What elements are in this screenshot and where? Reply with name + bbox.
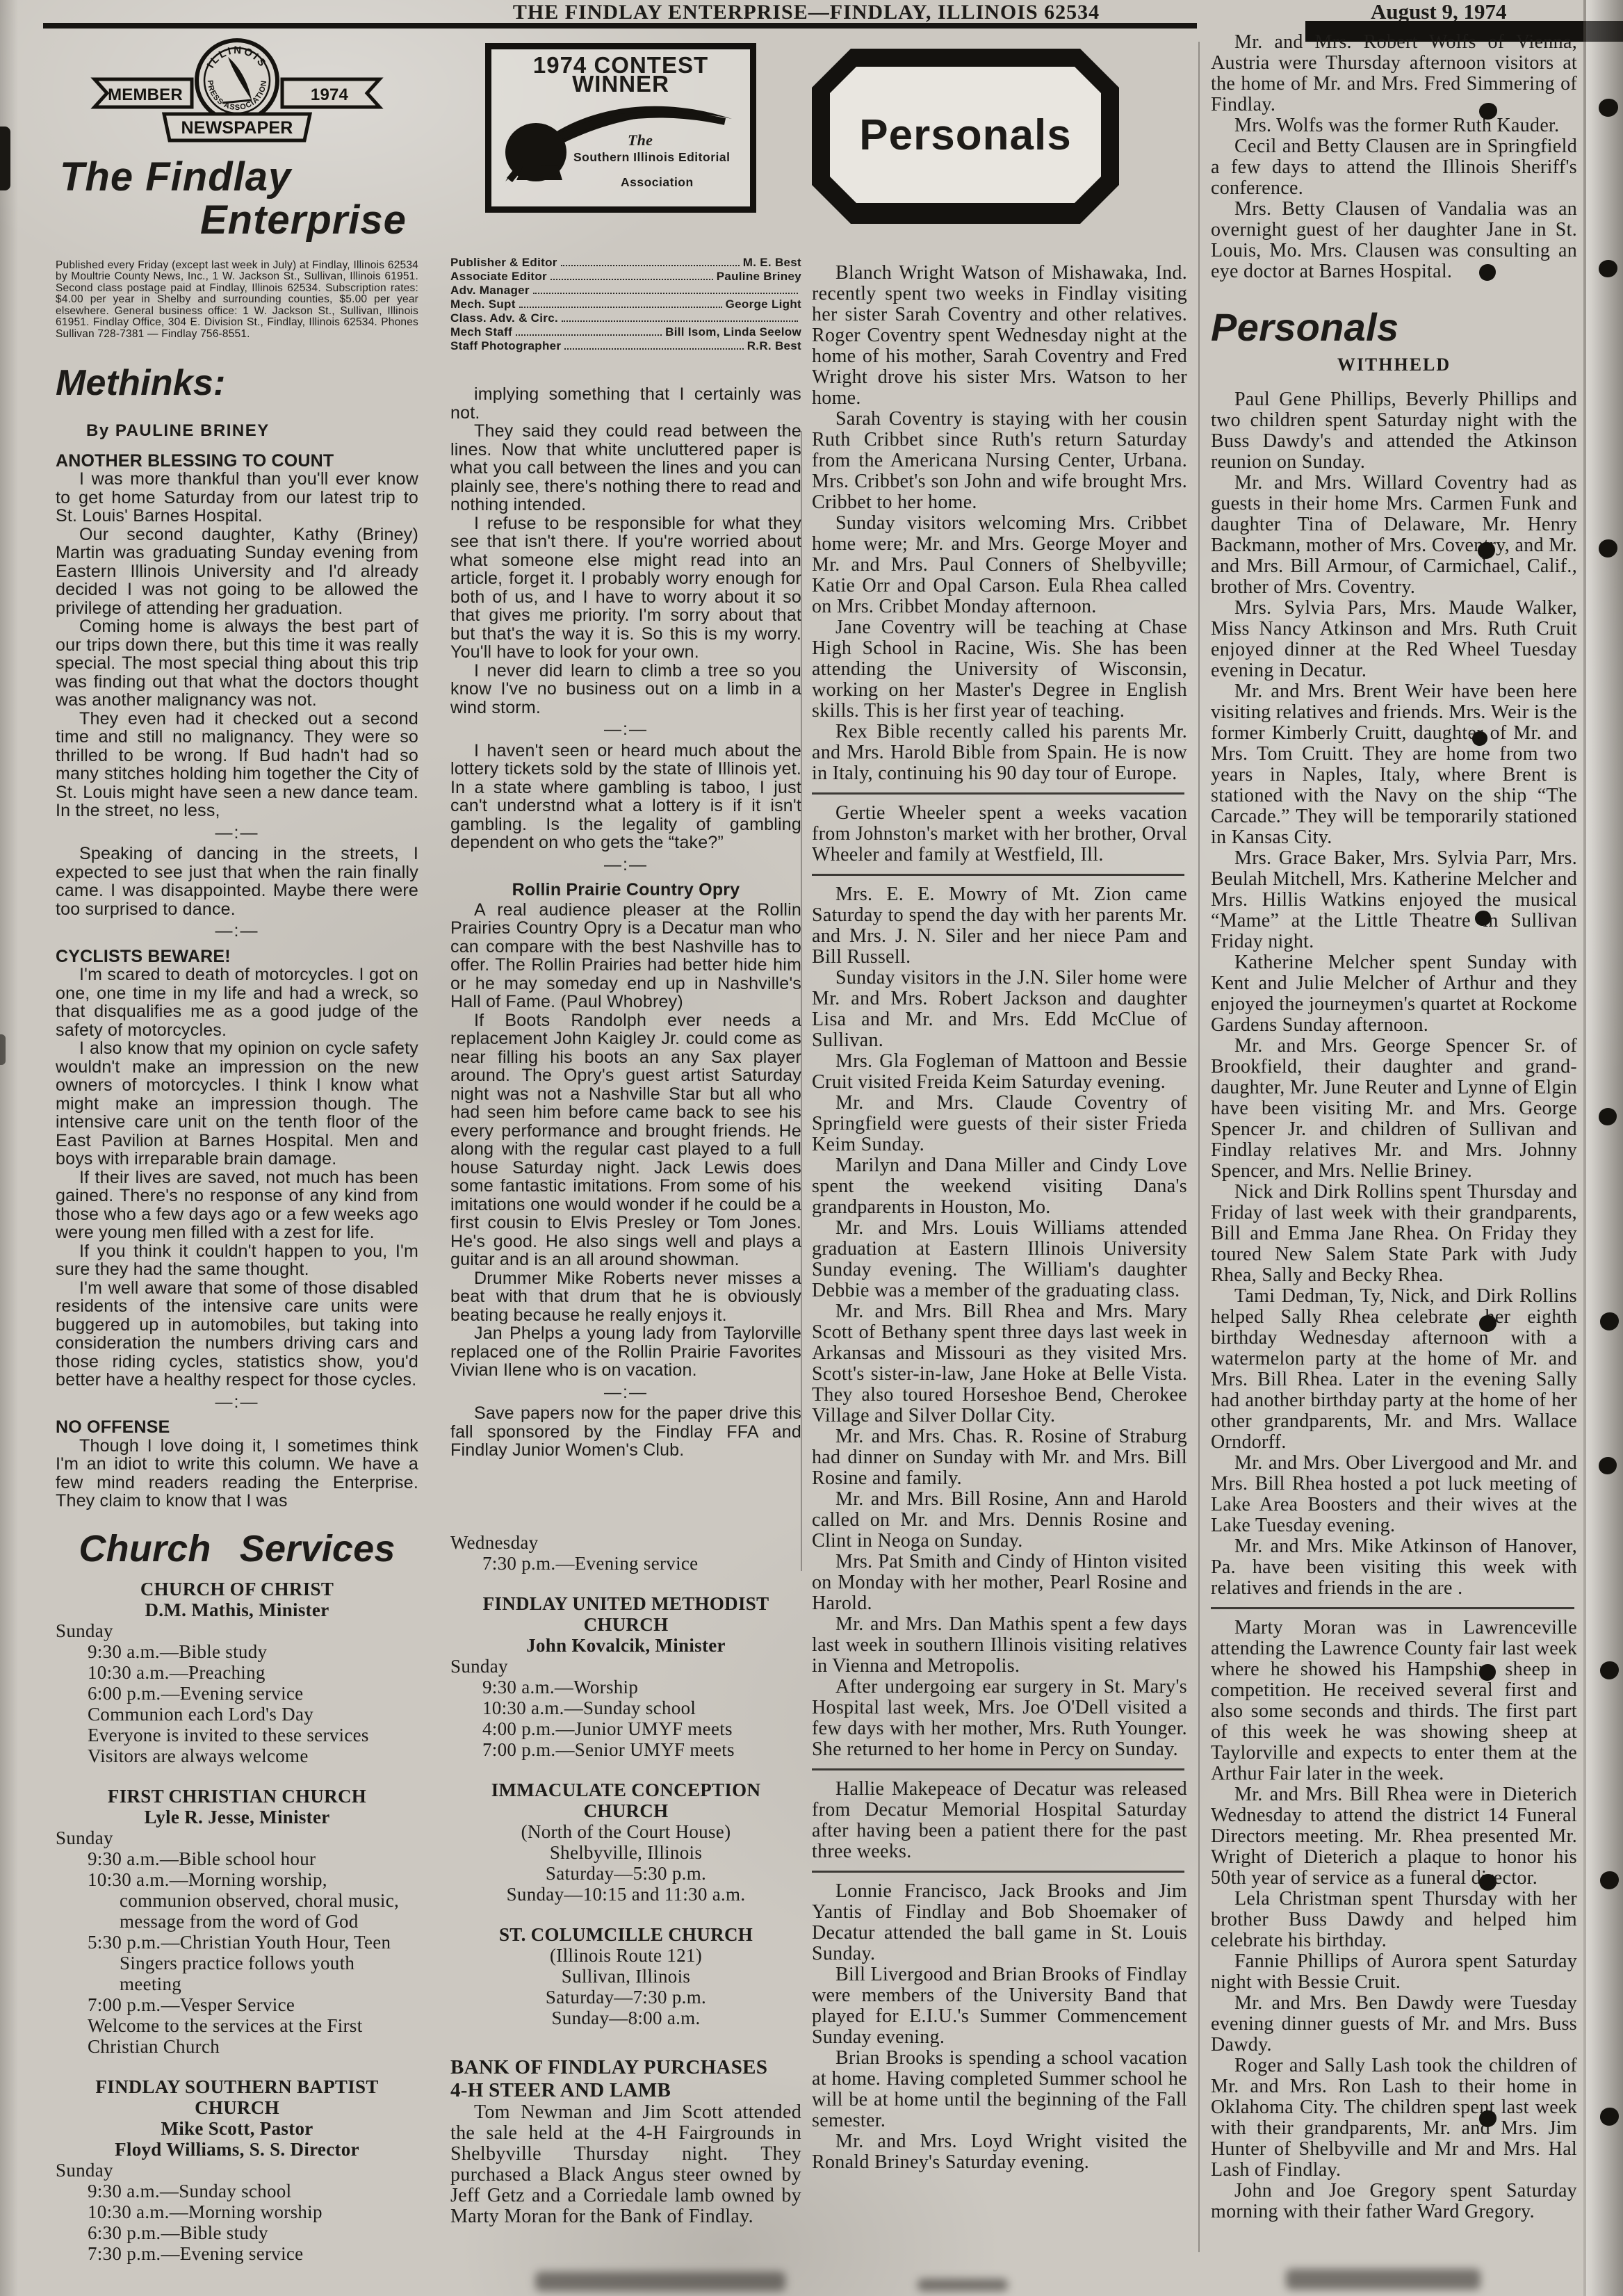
paragraph: Gertie Wheeler spent a weeks vacation fr…: [812, 803, 1187, 865]
dot-leader: [550, 279, 713, 280]
contest-winner-box: 1974 CONTEST WINNER The Southern Illinoi…: [485, 43, 756, 213]
personals-section-title: Personals: [1211, 306, 1577, 349]
schedule-time: 10:30 a.m.—Preaching: [56, 1662, 418, 1683]
dot-leader: [516, 334, 662, 336]
paragraph: Sarah Coventry is staying with her cousi…: [812, 409, 1187, 513]
paragraph: I never did learn to climb a tree so you…: [450, 662, 801, 717]
item-divider-rule: [812, 792, 1184, 795]
schedule-line: (North of the Court House): [450, 1821, 801, 1842]
church-services-title: Church Services: [56, 1529, 418, 1569]
schedule-time: 5:30 p.m.—Christian Youth Hour, Teen Sin…: [56, 1932, 418, 1994]
paragraph: Cecil and Betty Clausen are in Springfie…: [1211, 136, 1577, 199]
section-heading: ANOTHER BLESSING TO COUNT: [56, 452, 418, 471]
column-1: MEMBER 1974 ILLINOIS PRESS ASSOCIATION: [56, 36, 418, 2264]
paragraph: Mr. and Mrs. Ober Livergood and Mr. and …: [1211, 1453, 1577, 1536]
schedule-line: Sullivan, Illinois: [450, 1966, 801, 1987]
schedule-time: 9:30 a.m.—Sunday school: [56, 2181, 418, 2201]
section-heading: Rollin Prairie Country Opry: [450, 881, 801, 899]
column-3-personals: Personals Blanch Wright Watson of Mishaw…: [812, 49, 1187, 2173]
paragraph: Mr. and Mrs. Chas. R. Rosine of Straburg…: [812, 1426, 1187, 1489]
paragraph: A real audience pleaser at the Rollin Pr…: [450, 901, 801, 1011]
press-association-seal-icon: MEMBER 1974 ILLINOIS PRESS ASSOCIATION: [74, 36, 400, 146]
newspaper-page: THE FINDLAY ENTERPRISE—FINDLAY, ILLINOIS…: [0, 0, 1623, 2296]
dot-leader: [519, 307, 722, 308]
paragraph: Mrs. Betty Clausen of Vandalia was an ov…: [1211, 199, 1577, 282]
story-heading: BANK OF FINDLAY PURCHASES: [450, 2056, 801, 2079]
staff-box: Publisher & EditorM. E. BestAssociate Ed…: [450, 256, 801, 353]
personals-box-header: Personals: [812, 49, 1119, 224]
paragraph: I was more thankful than you'll ever kno…: [56, 470, 418, 526]
column-2: 1974 CONTEST WINNER The Southern Illinoi…: [450, 43, 801, 2227]
schedule-day: Sunday: [56, 2160, 418, 2181]
column-gap: [450, 1460, 801, 1532]
item-divider-rule: [812, 1768, 1184, 1770]
paragraph: Mr. and Mrs. Loyd Wright visited the Ron…: [812, 2131, 1187, 2173]
paragraph: Mr. and Mrs. Claude Coventry of Springfi…: [812, 1093, 1187, 1155]
spacer: [450, 1905, 801, 1924]
page-edge: [1586, 0, 1623, 2296]
paragraph: Mrs. Gla Fogleman of Mattoon and Bessie …: [812, 1051, 1187, 1093]
paragraph: If their lives are saved, not much has b…: [56, 1169, 418, 1242]
methinks-column-1: ANOTHER BLESSING TO COUNTI was more than…: [56, 452, 418, 1511]
paragraph: If you think it couldn't happen to you, …: [56, 1242, 418, 1279]
schedule-line: Shelbyville, Illinois: [450, 1842, 801, 1863]
paragraph: Tom Newman and Jim Scott attended the sa…: [450, 2102, 801, 2227]
personals-items-column-4: Paul Gene Phillips, Beverly Phillips and…: [1211, 389, 1577, 2222]
paragraph: I'm well aware that some of those disabl…: [56, 1279, 418, 1390]
staff-row: Associate EditorPauline Briney: [450, 270, 801, 284]
ink-smudge: [917, 2279, 1008, 2291]
paragraph: Mr. and Mrs. Dan Mathis spent a few days…: [812, 1614, 1187, 1677]
section-separator: —:—: [450, 1380, 801, 1405]
item-divider-rule: [812, 874, 1184, 876]
masthead-line2: Enterprise: [200, 199, 418, 242]
church-name: FINDLAY SOUTHERN BAPTIST CHURCH: [56, 2076, 418, 2118]
paragraph: Mr. and Mrs. Mike Atkinson of Hanover, P…: [1211, 1536, 1577, 1599]
schedule-time: 10:30 a.m.—Morning worship, communion ob…: [56, 1869, 418, 1932]
methinks-byline: By PAULINE BRINEY: [86, 422, 418, 441]
schedule-time: 7:00 p.m.—Vesper Service: [56, 1994, 418, 2015]
schedule-time: 9:30 a.m.—Worship: [450, 1677, 801, 1697]
paragraph: After undergoing ear surgery in St. Mary…: [812, 1677, 1187, 1760]
schedule-line: Saturday—5:30 p.m.: [450, 1863, 801, 1884]
paragraph: Coming home is always the best part of o…: [56, 617, 418, 710]
paragraph: Sunday visitors in the J.N. Siler home w…: [812, 968, 1187, 1051]
paragraph: Mrs. Wolfs was the former Ruth Kauder.: [1211, 115, 1577, 136]
bank-of-findlay-story: BANK OF FINDLAY PURCHASES4-H STEER AND L…: [450, 2056, 801, 2227]
schedule-day: Sunday: [56, 1620, 418, 1641]
paragraph: Rex Bible recently called his parents Mr…: [812, 722, 1187, 784]
story-heading: 4-H STEER AND LAMB: [450, 2079, 801, 2102]
paragraph: If Boots Randolph ever needs a replaceme…: [450, 1011, 801, 1269]
item-divider-rule: [812, 1871, 1184, 1873]
church-leader: D.M. Mathis, Minister: [56, 1599, 418, 1620]
schedule-note: Welcome to the services at the First Chr…: [56, 2015, 418, 2057]
column-divider-rule: [801, 431, 802, 1571]
paragraph: Marilyn and Dana Miller and Cindy Love s…: [812, 1155, 1187, 1218]
personals-intro-column-4: Mr. and Mrs. Robert Wolfs of Vienna, Aus…: [1211, 32, 1577, 282]
schedule-time: 7:30 p.m.—Evening service: [450, 1553, 801, 1574]
paragraph: Hallie Makepeace of Decatur was released…: [812, 1779, 1187, 1862]
paragraph: Katherine Melcher spent Sunday with Kent…: [1211, 952, 1577, 1036]
schedule-time: 6:00 p.m.—Evening service: [56, 1683, 418, 1704]
paragraph: Mr. and Mrs. Bill Rosine, Ann and Harold…: [812, 1489, 1187, 1552]
schedule-note: Visitors are always welcome: [56, 1745, 418, 1766]
paragraph: Mr. and Mrs. Bill Rhea were in Dieterich…: [1211, 1784, 1577, 1889]
schedule-line: Saturday—7:30 p.m.: [450, 1987, 801, 2008]
ink-smudge: [1286, 2269, 1481, 2290]
paragraph: Mrs. Grace Baker, Mrs. Sylvia Parr, Mrs.…: [1211, 848, 1577, 952]
section-heading: NO OFFENSE: [56, 1418, 418, 1437]
church-name: IMMACULATE CONCEPTION CHURCH: [450, 1780, 801, 1821]
column-4-personals: Mr. and Mrs. Robert Wolfs of Vienna, Aus…: [1211, 32, 1577, 2222]
publication-info: Published every Friday (except last week…: [56, 260, 418, 341]
paragraph: Blanch Wright Watson of Mishawaka, Ind. …: [812, 263, 1187, 409]
masthead-line1: The Findlay: [56, 156, 418, 199]
church-name: ST. COLUMCILLE CHURCH: [450, 1924, 801, 1945]
paragraph: Sunday visitors welcoming Mrs. Cribbet h…: [812, 513, 1187, 617]
association-line2: Association: [621, 173, 694, 192]
church-name: CHURCH OF CHRIST: [56, 1579, 418, 1599]
dot-leader: [561, 265, 740, 266]
editorial-association-emblem-icon: [496, 83, 746, 187]
paragraph: Mr. and Mrs. Robert Wolfs of Vienna, Aus…: [1211, 32, 1577, 115]
staff-row: Publisher & EditorM. E. Best: [450, 256, 801, 270]
schedule-time: 7:30 p.m.—Evening service: [56, 2243, 418, 2264]
ink-smudge: [0, 1034, 6, 1065]
paragraph: Speaking of dancing in the streets, I ex…: [56, 845, 418, 918]
personals-items-column-3: Blanch Wright Watson of Mishawaka, Ind. …: [812, 263, 1187, 2173]
paragraph: I'm scared to death of motorcycles. I go…: [56, 966, 418, 1039]
header-rule: [43, 23, 1197, 29]
svg-text:MEMBER: MEMBER: [108, 86, 183, 104]
column-divider-rule: [1198, 42, 1200, 2252]
dot-leader: [564, 348, 743, 350]
church-name: FINDLAY UNITED METHODIST CHURCH: [450, 1593, 801, 1635]
staff-row: Staff PhotographerR.R. Best: [450, 339, 801, 353]
schedule-time: 7:00 p.m.—Senior UMYF meets: [450, 1739, 801, 1760]
paragraph: They said they could read between the li…: [450, 422, 801, 514]
schedule-line: Sunday—10:15 and 11:30 a.m.: [450, 1884, 801, 1905]
paragraph: I haven't seen or heard much about the l…: [450, 742, 801, 852]
withheld-label: WITHHELD: [1211, 353, 1577, 377]
section-separator: —:—: [450, 852, 801, 877]
dot-leader: [533, 293, 798, 294]
schedule-time: 10:30 a.m.—Morning worship: [56, 2201, 418, 2222]
church-leader: Lyle R. Jesse, Minister: [56, 1807, 418, 1827]
paragraph: Drummer Mike Roberts never misses a beat…: [450, 1269, 801, 1325]
paragraph: Roger and Sally Lash took the children o…: [1211, 2055, 1577, 2181]
paragraph: Jan Phelps a young lady from Taylorville…: [450, 1324, 801, 1380]
paragraph: John and Joe Gregory spent Saturday morn…: [1211, 2181, 1577, 2222]
staff-row: Mech. SuptGeorge Light: [450, 298, 801, 311]
ink-smudge: [535, 2272, 785, 2291]
page-title: THE FINDLAY ENTERPRISE—FINDLAY, ILLINOIS…: [278, 1, 1335, 24]
paragraph: They even had it checked out a second ti…: [56, 710, 418, 820]
schedule-time: 6:30 p.m.—Bible study: [56, 2222, 418, 2243]
schedule-day: Wednesday: [450, 1532, 801, 1553]
paragraph: Mr. and Mrs. Bill Rhea and Mrs. Mary Sco…: [812, 1301, 1187, 1426]
paragraph: I refuse to be responsible for what they…: [450, 514, 801, 662]
schedule-note: Communion each Lord's Day: [56, 1704, 418, 1725]
dot-leader: [562, 320, 798, 322]
methinks-title: Methinks:: [56, 364, 418, 402]
section-separator: —:—: [56, 820, 418, 845]
paragraph: Lonnie Francisco, Jack Brooks and Jim Ya…: [812, 1881, 1187, 1964]
paragraph: Mr. and Mrs. Louis Williams attended gra…: [812, 1218, 1187, 1301]
item-divider-rule: [1211, 1607, 1574, 1609]
paragraph: Jane Coventry will be teaching at Chase …: [812, 617, 1187, 722]
paragraph: Mrs. E. E. Mowry of Mt. Zion came Saturd…: [812, 884, 1187, 968]
paragraph: Lela Christman spent Thursday with her b…: [1211, 1889, 1577, 1951]
paragraph: Nick and Dirk Rollins spent Thursday and…: [1211, 1182, 1577, 1286]
section-separator: —:—: [56, 918, 418, 943]
church-leader: John Kovalcik, Minister: [450, 1635, 801, 1656]
church-name: FIRST CHRISTIAN CHURCH: [56, 1786, 418, 1807]
spacer: [56, 1766, 418, 1786]
svg-text:1974: 1974: [311, 86, 349, 104]
paragraph: Mr. and Mrs. Ben Dawdy were Tuesday even…: [1211, 1993, 1577, 2055]
page-date: August 9, 1974: [1371, 0, 1507, 23]
schedule-time: 9:30 a.m.—Bible school hour: [56, 1848, 418, 1869]
association-the: The: [628, 131, 653, 149]
paragraph: Our second daughter, Kathy (Briney) Mart…: [56, 526, 418, 618]
association-line1: Southern Illinois Editorial: [573, 148, 730, 167]
church-leader: Mike Scott, Pastor: [56, 2118, 418, 2139]
church-leader: Floyd Williams, S. S. Director: [56, 2139, 418, 2160]
spacer: [450, 1760, 801, 1780]
paragraph: Fannie Phillips of Aurora spent Saturday…: [1211, 1951, 1577, 1993]
methinks-column-2: implying something that I certainly was …: [450, 385, 801, 1460]
schedule-time: 9:30 a.m.—Bible study: [56, 1641, 418, 1662]
church-services-column-1: CHURCH OF CHRISTD.M. Mathis, MinisterSun…: [56, 1579, 418, 2264]
spacer: [56, 2057, 418, 2076]
paragraph: Marty Moran was in Lawrenceville attendi…: [1211, 1618, 1577, 1784]
paragraph: Tami Dedman, Ty, Nick, and Dirk Rollins …: [1211, 1286, 1577, 1453]
paragraph: Paul Gene Phillips, Beverly Phillips and…: [1211, 389, 1577, 473]
paragraph: Mr. and Mrs. Brent Weir have been here v…: [1211, 681, 1577, 848]
paragraph: Mrs. Sylvia Pars, Mrs. Maude Walker, Mis…: [1211, 598, 1577, 681]
schedule-note: Everyone is invited to these services: [56, 1725, 418, 1745]
schedule-time: 10:30 a.m.—Sunday school: [450, 1697, 801, 1718]
section-separator: —:—: [450, 717, 801, 742]
paragraph: Mrs. Pat Smith and Cindy of Hinton visit…: [812, 1552, 1187, 1614]
personals-box-title: Personals: [859, 111, 1071, 160]
paragraph: Bill Livergood and Brian Brooks of Findl…: [812, 1964, 1187, 2048]
paragraph: Save papers now for the paper drive this…: [450, 1404, 801, 1460]
svg-text:NEWSPAPER: NEWSPAPER: [181, 118, 293, 138]
section-separator: —:—: [56, 1390, 418, 1415]
staff-row: Adv. Manager: [450, 284, 801, 298]
schedule-day: Sunday: [56, 1827, 418, 1848]
press-association-badge: MEMBER 1974 ILLINOIS PRESS ASSOCIATION: [74, 36, 400, 150]
staff-row: Mech StaffBill Isom, Linda Seelow: [450, 325, 801, 339]
paragraph: Brian Brooks is spending a school vacati…: [812, 2048, 1187, 2131]
paragraph: Mr. and Mrs. Willard Coventry had as gue…: [1211, 473, 1577, 598]
staff-row: Class. Adv. & Circ.: [450, 311, 801, 325]
section-heading: CYCLISTS BEWARE!: [56, 947, 418, 966]
schedule-line: (Illinois Route 121): [450, 1945, 801, 1966]
schedule-line: Sunday—8:00 a.m.: [450, 2008, 801, 2028]
paragraph: implying something that I certainly was …: [450, 385, 801, 422]
ink-smudge: [0, 127, 10, 190]
schedule-day: Sunday: [450, 1656, 801, 1677]
paragraph: Mr. and Mrs. George Spencer Sr. of Brook…: [1211, 1036, 1577, 1182]
paragraph: Though I love doing it, I sometimes thin…: [56, 1437, 418, 1511]
church-services-column-2: Wednesday7:30 p.m.—Evening serviceFINDLA…: [450, 1532, 801, 2028]
paragraph: I also know that my opinion on cycle saf…: [56, 1039, 418, 1169]
spacer: [450, 1574, 801, 1593]
schedule-time: 4:00 p.m.—Junior UMYF meets: [450, 1718, 801, 1739]
